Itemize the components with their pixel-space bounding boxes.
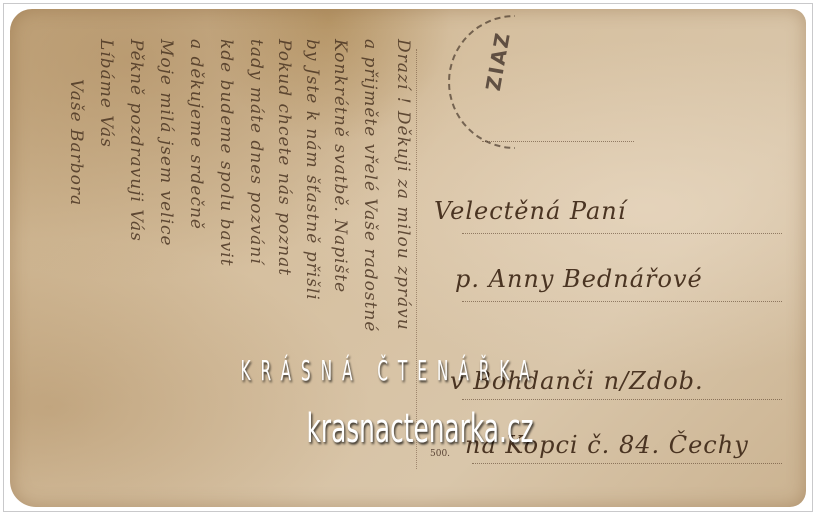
address-dotted-line bbox=[462, 301, 782, 302]
message-line: Pokud chcete nás poznat bbox=[274, 39, 294, 276]
message-line: Moje milá jsem velice bbox=[156, 39, 176, 247]
address-dotted-line bbox=[462, 399, 782, 400]
message-line: Pěkně pozdravuji Vás bbox=[126, 39, 146, 242]
postmark-circle bbox=[448, 15, 582, 149]
message-line: kde budeme spolu bavit bbox=[216, 39, 236, 267]
address-dotted-line bbox=[472, 463, 782, 464]
message-line: a přijměte vřelé Vaše radostné bbox=[360, 39, 380, 332]
watermark-url: krasnactenarka.cz bbox=[290, 406, 550, 452]
address-line-1: Velectěná Paní bbox=[434, 197, 626, 225]
message-line: Drazí ! Děkuji za milou zprávu bbox=[393, 39, 413, 331]
address-dotted-line bbox=[462, 233, 782, 234]
message-line: a děkujeme srdečně bbox=[186, 39, 206, 230]
message-line: Líbáme Vás bbox=[96, 39, 116, 148]
message-line: tady máte dnes pozvání bbox=[246, 39, 266, 265]
message-line: by Jste k nám šťastně přišli bbox=[302, 39, 322, 301]
watermark-title: KRÁSNÁ ČTENÁŘKA bbox=[176, 354, 605, 387]
message-line: Konkrétně svatbě. Napište bbox=[330, 39, 350, 293]
address-line-2: p. Anny Bednářové bbox=[455, 265, 703, 293]
message-line: Vaše Barbora bbox=[66, 79, 86, 206]
address-dotted-line bbox=[482, 141, 634, 142]
postcard-image: Drazí ! Děkuji za milou zprávu a přijmět… bbox=[10, 9, 806, 507]
